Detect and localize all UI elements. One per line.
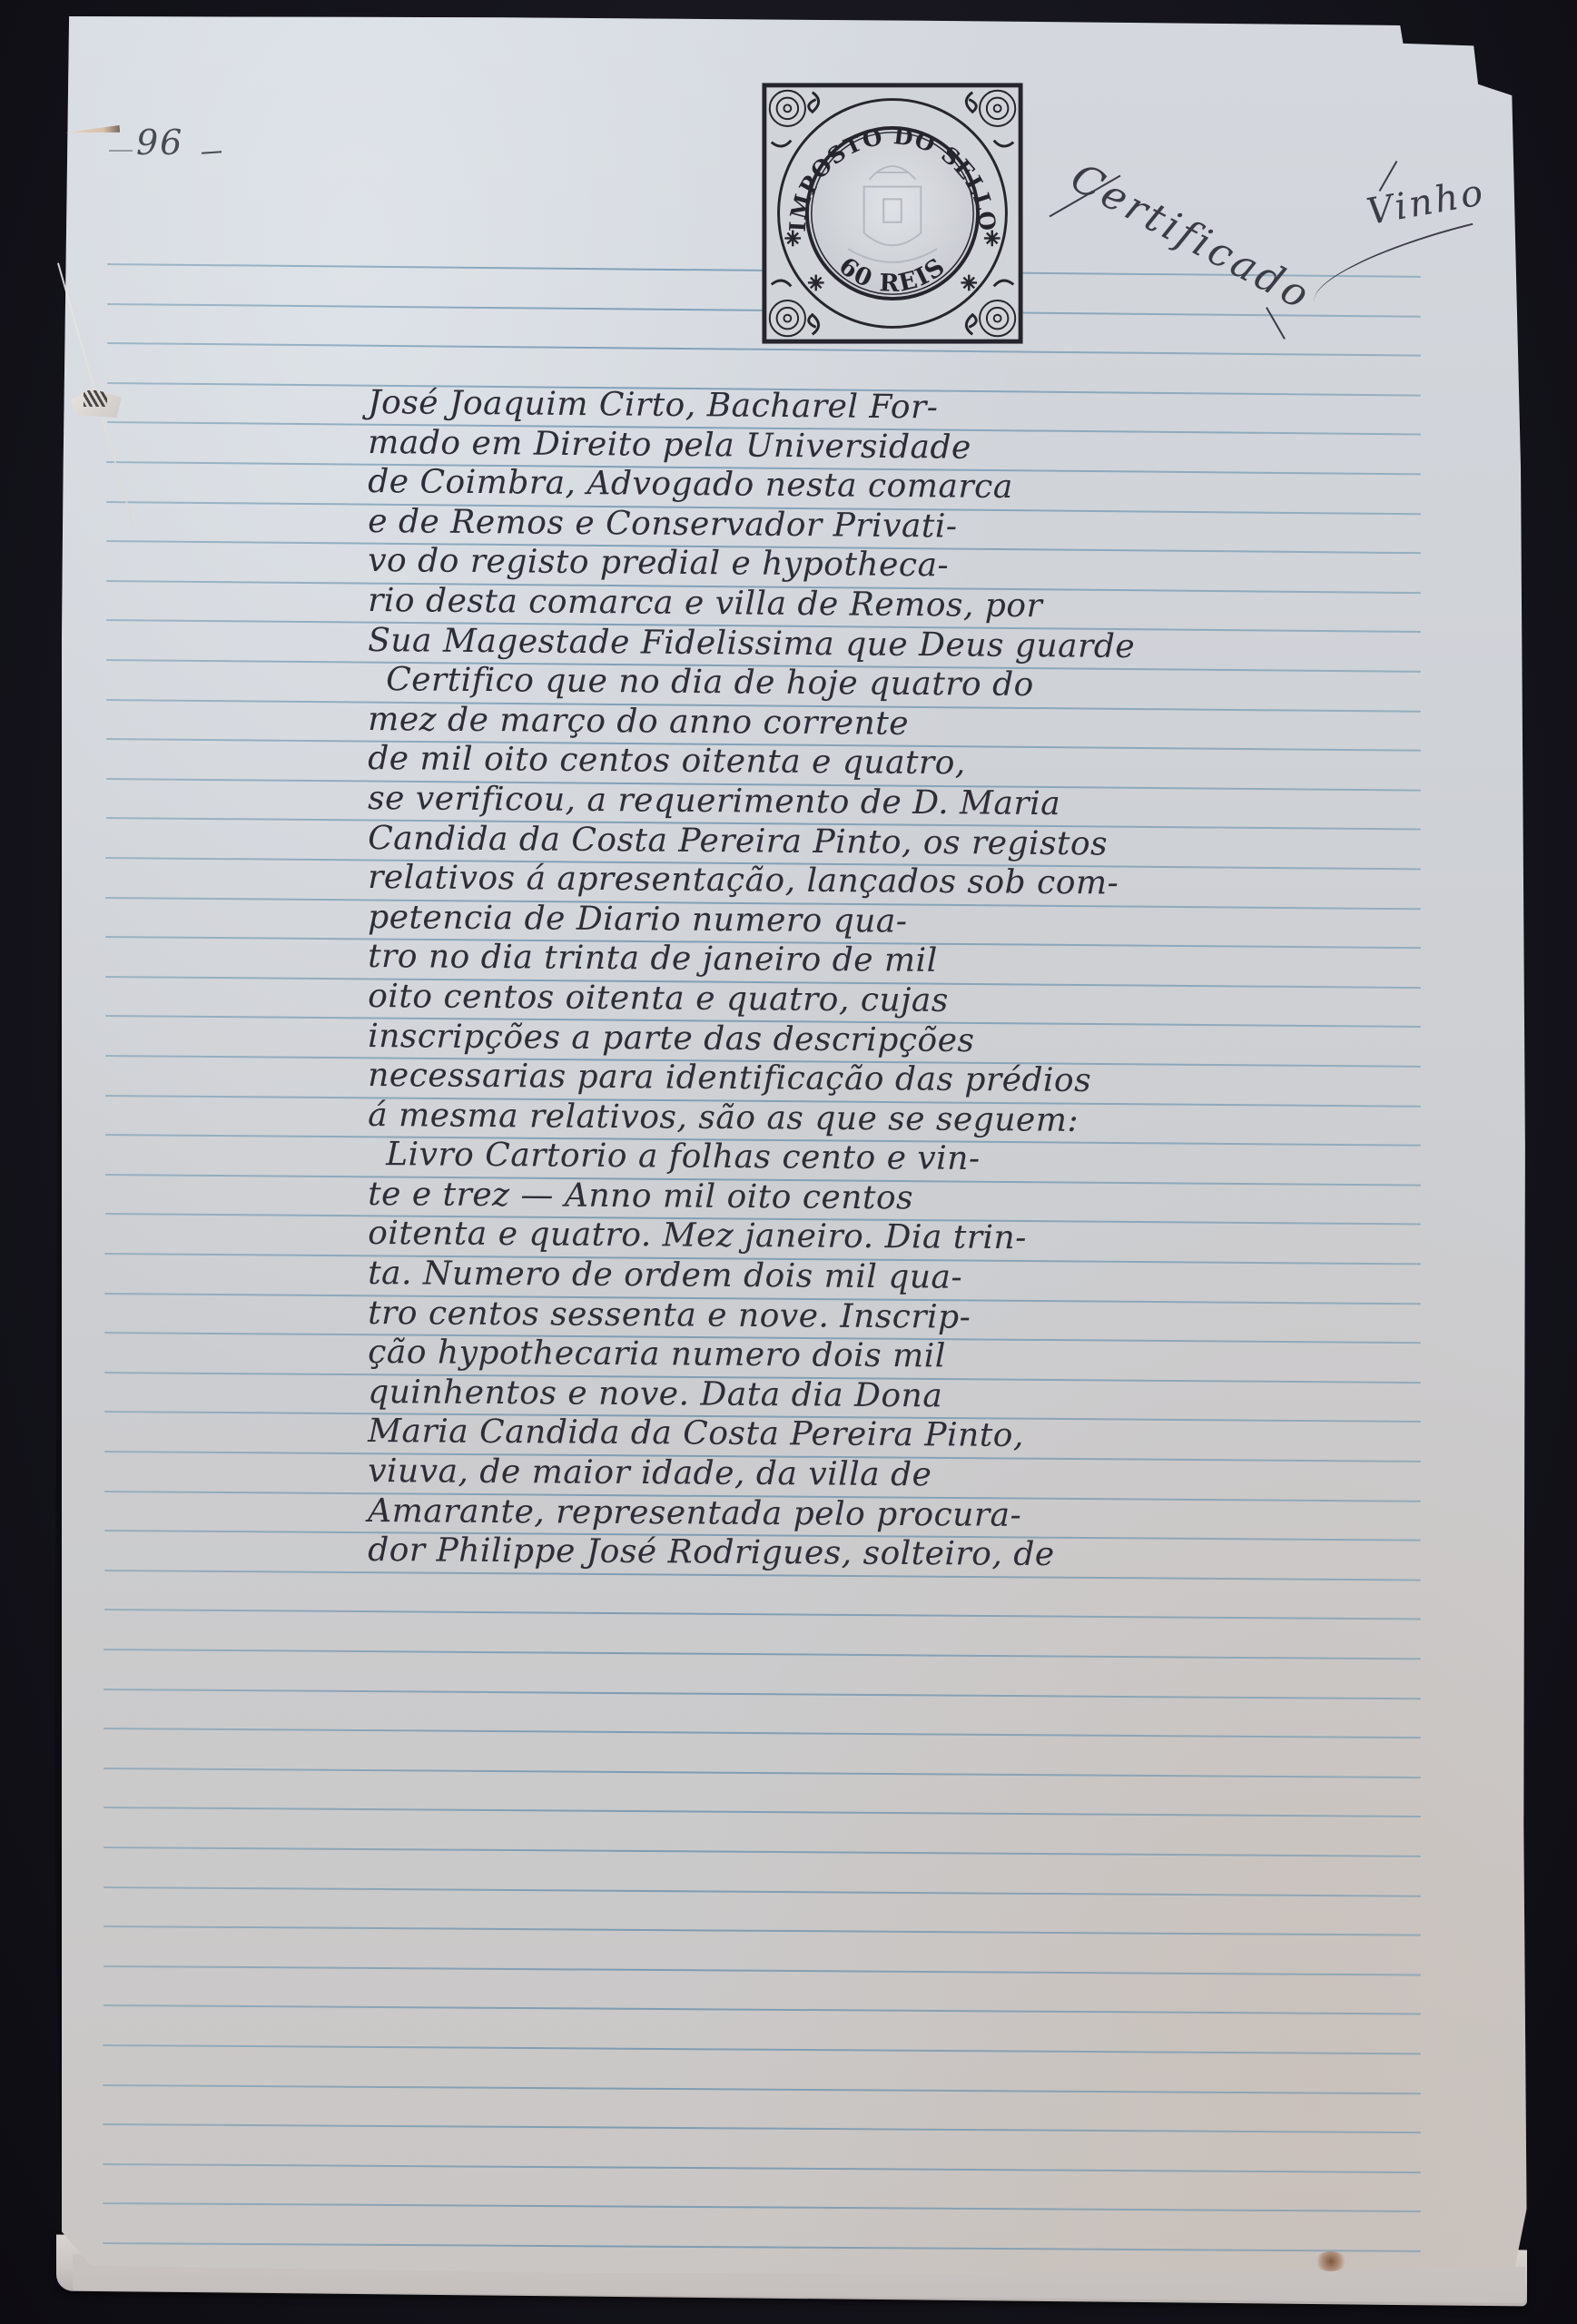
handwritten-line: Maria Candida da Costa Pereira Pinto,: [368, 1412, 1375, 1458]
handwritten-line: dor Philippe José Rodrigues, solteiro, d…: [368, 1531, 1375, 1577]
rust-stain: [1315, 2251, 1347, 2271]
handwritten-line: viuva, de maior idade, da villa de: [368, 1452, 1375, 1498]
handwritten-line: ção hypothecaria numero dois mil: [368, 1333, 1375, 1379]
handwritten-line: ta. Numero de ordem dois mil qua-: [368, 1254, 1375, 1301]
revenue-stamp: IMPOSTO DO SELLO 60 REIS: [759, 80, 1026, 347]
handwritten-line: Amarante, representada pelo procura-: [368, 1492, 1375, 1538]
stamp-graphic: IMPOSTO DO SELLO 60 REIS: [759, 80, 1026, 347]
folio-number: 96: [136, 123, 183, 162]
handwritten-line: oito centos oitenta e quatro, cujas: [368, 977, 1375, 1024]
handwritten-body: José Joaquim Cirto, Bacharel For-mado em…: [368, 383, 1375, 1571]
